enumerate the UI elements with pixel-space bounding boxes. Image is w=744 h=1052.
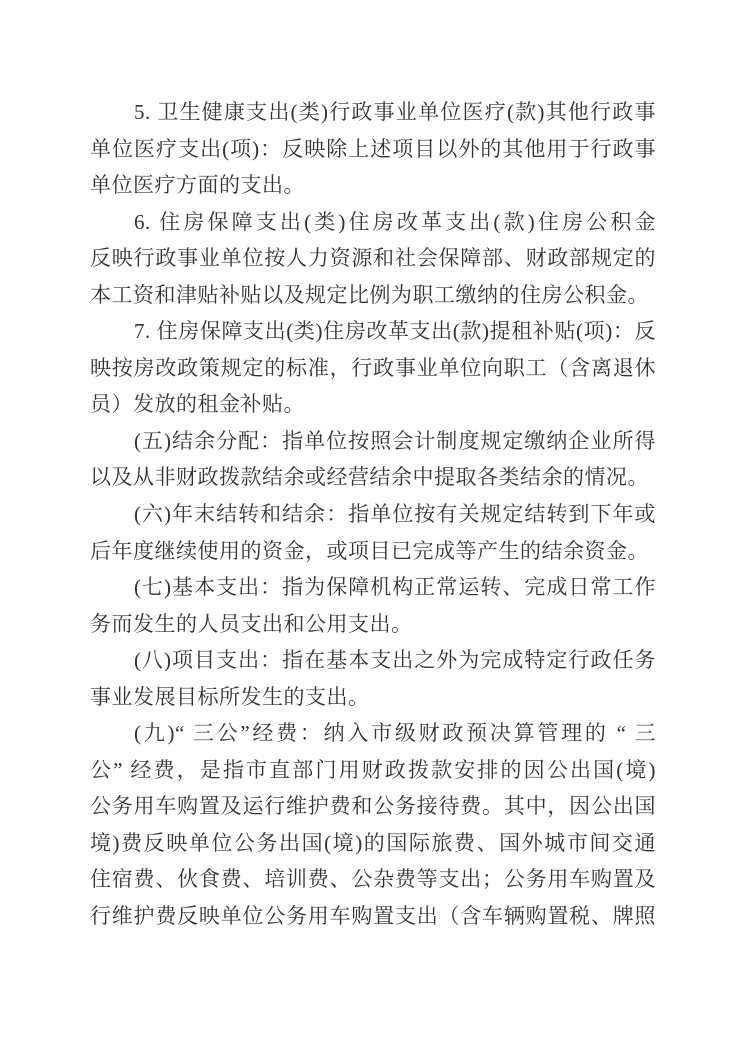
text-line: 事业发展目标所发生的支出。 — [90, 679, 656, 716]
paragraph-item-wu-surplus-distribution: (五)结余分配：指单位按照会计制度规定缴纳企业所得税以及从非财政拨款结余或经营结… — [90, 423, 656, 496]
text-line: (六)年末结转和结余：指单位按有关规定结转到下年或以 — [90, 496, 656, 533]
text-line: 公” 经费，是指市直部门用财政拨款安排的因公出国(境)费、 — [90, 752, 656, 789]
text-line: 单位医疗方面的支出。 — [90, 167, 656, 204]
text-line: (九)“ 三公”经费：纳入市级财政预决算管理的 “ 三 — [90, 715, 656, 752]
text-line: 后年度继续使用的资金，或项目已完成等产生的结余资金。 — [90, 533, 656, 570]
text-line: 单位医疗支出(项)：反映除上述项目以外的其他用于行政事业 — [90, 131, 656, 168]
text-line: 反映行政事业单位按人力资源和社会保障部、财政部规定的基 — [90, 240, 656, 277]
text-line: 住宿费、伙食费、培训费、公杂费等支出；公务用车购置及运 — [90, 861, 656, 898]
text-line: 5. 卫生健康支出(类)行政事业单位医疗(款)其他行政事业 — [90, 94, 656, 131]
text-line: (七)基本支出：指为保障机构正常运转、完成日常工作任 — [90, 569, 656, 606]
text-line: 员）发放的租金补贴。 — [90, 386, 656, 423]
paragraph-item-liu-year-end-carryover: (六)年末结转和结余：指单位按有关规定结转到下年或以后年度继续使用的资金，或项目… — [90, 496, 656, 569]
paragraph-item-jiu-three-public-funds: (九)“ 三公”经费：纳入市级财政预决算管理的 “ 三公” 经费，是指市直部门用… — [90, 715, 656, 934]
text-line: 映按房改政策规定的标准，行政事业单位向职工（含离退休人 — [90, 350, 656, 387]
text-line: 务而发生的人员支出和公用支出。 — [90, 606, 656, 643]
paragraph-item-6-housing-fund: 6. 住房保障支出(类)住房改革支出(款)住房公积金 (项)：反映行政事业单位按… — [90, 204, 656, 314]
text-line: (五)结余分配：指单位按照会计制度规定缴纳企业所得税 — [90, 423, 656, 460]
text-line: 公务用车购置及运行维护费和公务接待费。其中，因公出国 （ — [90, 788, 656, 825]
text-line: 以及从非财政拨款结余或经营结余中提取各类结余的情况。 — [90, 459, 656, 496]
document-text-content: 5. 卫生健康支出(类)行政事业单位医疗(款)其他行政事业单位医疗支出(项)：反… — [90, 94, 656, 935]
paragraph-item-5-health-expenditure: 5. 卫生健康支出(类)行政事业单位医疗(款)其他行政事业单位医疗支出(项)：反… — [90, 94, 656, 204]
paragraph-item-qi-basic-expenditure: (七)基本支出：指为保障机构正常运转、完成日常工作任务而发生的人员支出和公用支出… — [90, 569, 656, 642]
text-line: 6. 住房保障支出(类)住房改革支出(款)住房公积金 (项)： — [90, 204, 656, 241]
document-page: 5. 卫生健康支出(类)行政事业单位医疗(款)其他行政事业单位医疗支出(项)：反… — [0, 0, 744, 1052]
text-line: 行维护费反映单位公务用车购置支出（含车辆购置税、牌照费） — [90, 898, 656, 935]
text-line: (八)项目支出：指在基本支出之外为完成特定行政任务或 — [90, 642, 656, 679]
paragraph-item-ba-project-expenditure: (八)项目支出：指在基本支出之外为完成特定行政任务或事业发展目标所发生的支出。 — [90, 642, 656, 715]
text-line: 7. 住房保障支出(类)住房改革支出(款)提租补贴(项)：反 — [90, 313, 656, 350]
text-line: 境)费反映单位公务出国(境)的国际旅费、国外城市间交通费、 — [90, 825, 656, 862]
paragraph-item-7-rent-subsidy: 7. 住房保障支出(类)住房改革支出(款)提租补贴(项)：反映按房改政策规定的标… — [90, 313, 656, 423]
text-line: 本工资和津贴补贴以及规定比例为职工缴纳的住房公积金。 — [90, 277, 656, 314]
